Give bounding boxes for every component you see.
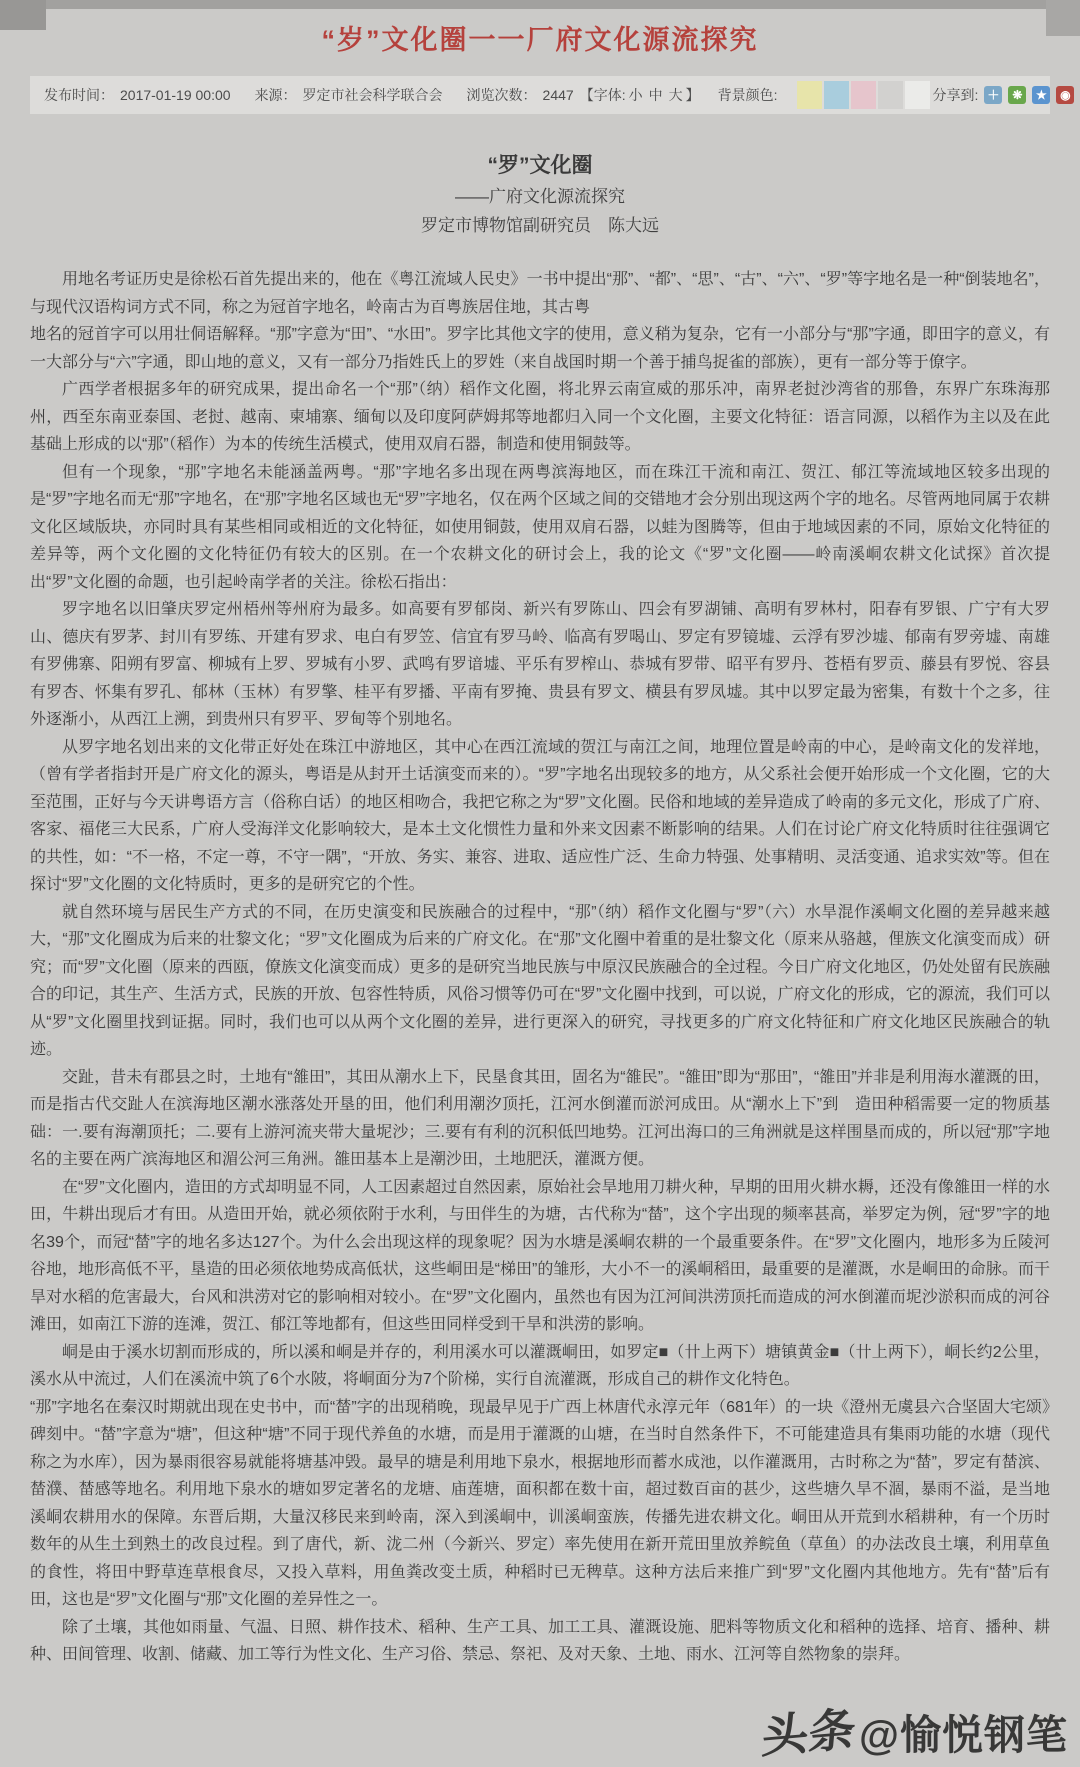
font-size-label: 【字体: (580, 85, 626, 105)
bg-color-swatch-2[interactable] (824, 81, 849, 109)
article-body: 用地名考证历史是徐松石首先提出来的，他在《粤江流域人民史》一书中提出“那”、“都… (30, 266, 1050, 1669)
publish-time-value: 2017-01-19 00:00 (120, 87, 231, 103)
top-right-corner-artifact (1046, 0, 1080, 36)
source-value: 罗定市社会科学联合会 (303, 85, 443, 105)
share-icons-row: ＋❋★◉人 (978, 86, 1080, 104)
background-color-label: 背景颜色: (718, 85, 778, 105)
bg-color-swatch-4[interactable] (878, 81, 903, 109)
top-border-band (0, 0, 1080, 9)
article-paragraph: 在“罗”文化圈内，造田的方式却明显不同，人工因素超过自然因素，原始社会旱地用刀耕… (30, 1174, 1050, 1339)
bg-color-swatch-3[interactable] (851, 81, 876, 109)
article-paragraph: 罗字地名以旧肇庆罗定州梧州等州府为最多。如高要有罗郁岗、新兴有罗陈山、四会有罗湖… (30, 596, 1050, 734)
font-size-medium-link[interactable]: 中 (649, 85, 663, 105)
article-subtitle: ——广府文化源流探究 (30, 182, 1050, 211)
share-label: 分享到: (932, 85, 978, 105)
font-size-bracket: 】 (686, 85, 700, 105)
article-paragraph: “那”字地名在秦汉时期就出现在史书中，而“榃”字的出现稍晚，现最早见于广西上林唐… (30, 1394, 1050, 1614)
page-title: “岁”文化圈一一厂府文化源流探究 (0, 0, 1080, 60)
publish-time-label: 发布时间： (44, 85, 114, 105)
qzone-icon[interactable]: ❋ (1008, 86, 1026, 104)
font-size-small-link[interactable]: 小 (629, 85, 643, 105)
article: “罗”文化圈 ——广府文化源流探究 罗定市博物馆副研究员 陈大远 用地名考证历史… (30, 150, 1050, 1669)
article-author: 罗定市博物馆副研究员 陈大远 (30, 211, 1050, 240)
article-paragraph: 从罗字地名划出来的文化带正好处在珠江中游地区，其中心在西江流域的贺江与南江之间，… (30, 734, 1050, 899)
top-left-corner-artifact (0, 0, 46, 30)
article-paragraph: 广西学者根据多年的研究成果，提出命名一个“那”（纳）稻作文化圈，将北界云南宣威的… (30, 376, 1050, 459)
bg-color-swatch-5[interactable] (905, 81, 930, 109)
article-paragraph: 峒是由于溪水切割而形成的，所以溪和峒是并存的，利用溪水可以灌溉峒田，如罗定■（卄… (30, 1339, 1050, 1394)
watermark-handle: @愉悦钢笔 (859, 1702, 1068, 1761)
bg-color-swatch-1[interactable] (797, 81, 822, 109)
source-label: 来源： (255, 85, 297, 105)
article-paragraph: 地名的冠首字可以用壮侗语解释。“那”字意为“田”、“水田”。罗字比其他文字的使用… (30, 321, 1050, 376)
views-value: 2447 (543, 87, 574, 103)
watermark: 头条 @愉悦钢笔 (763, 1697, 1068, 1763)
article-paragraph: 就自然环境与居民生产方式的不同，在历史演变和民族融合的过程中，“那”（纳）稻作文… (30, 899, 1050, 1064)
article-paragraph: 但有一个现象，“那”字地名未能涵盖两粤。“那”字地名多出现在两粤滨海地区，而在珠… (30, 459, 1050, 597)
sina-weibo-icon[interactable]: ◉ (1056, 86, 1074, 104)
qq-weibo-icon[interactable]: ★ (1032, 86, 1050, 104)
views-label: 浏览次数： (467, 85, 537, 105)
article-title: “罗”文化圈 (30, 150, 1050, 182)
background-color-swatches (797, 81, 932, 109)
article-paragraph: 用地名考证历史是徐松石首先提出来的，他在《粤江流域人民史》一书中提出“那”、“都… (30, 266, 1050, 321)
share-more-icon[interactable]: ＋ (984, 86, 1002, 104)
article-meta-bar: 发布时间： 2017-01-19 00:00 来源： 罗定市社会科学联合会 浏览… (30, 76, 1050, 114)
toutiao-logo: 头条 (760, 1693, 859, 1767)
article-paragraph: 交趾，昔未有郡县之时，土地有“雒田”，其田从潮水上下，民垦食其田，固名为“雒民”… (30, 1064, 1050, 1174)
article-paragraph: 除了土壤，其他如雨量、气温、日照、耕作技术、稻种、生产工具、加工工具、灌溉设施、… (30, 1614, 1050, 1669)
font-size-large-link[interactable]: 大 (669, 85, 683, 105)
